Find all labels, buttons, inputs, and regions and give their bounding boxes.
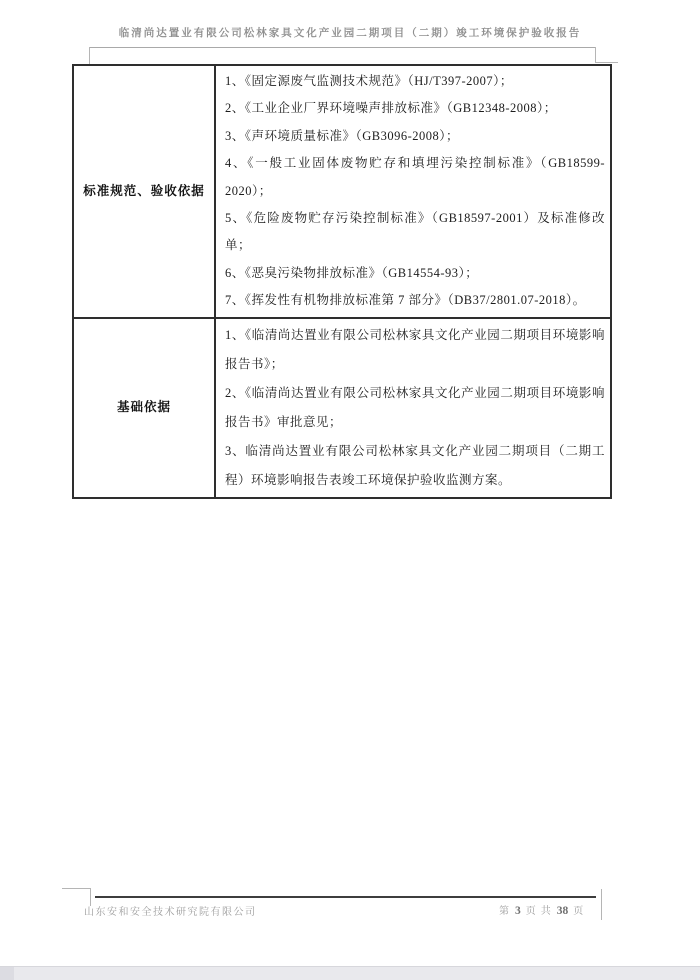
dependencies-table: 标准规范、验收依据 1、《固定源废气监测技术规范》（HJ/T397-2007）；… <box>72 64 612 499</box>
table-row-basis: 基础依据 1、《临清尚达置业有限公司松林家具文化产业园二期项目环境影响报告书》；… <box>73 318 611 498</box>
standards-item-3: 3、《声环境质量标准》（GB3096-2008）； <box>225 123 605 150</box>
footer-company-name: 山东安和安全技术研究院有限公司 <box>84 903 257 918</box>
page-label-total-prefix: 共 <box>541 906 552 917</box>
text-boundary-mark <box>601 889 602 920</box>
standards-item-1: 1、《固定源废气监测技术规范》（HJ/T397-2007）； <box>225 68 605 95</box>
standards-item-5: 5、《危险废物贮存污染控制标准》（GB18597-2001）及标准修改单； <box>225 205 605 260</box>
text-boundary-mark <box>595 47 596 63</box>
page-label-prefix: 第 <box>499 906 510 917</box>
total-page-number: 38 <box>557 905 569 917</box>
text-boundary-mark <box>62 888 91 889</box>
page-label-unit-2: 页 <box>573 906 584 917</box>
row-label-basis: 基础依据 <box>73 318 215 498</box>
row-content-standards: 1、《固定源废气监测技术规范》（HJ/T397-2007）； 2、《工业企业厂界… <box>215 65 611 318</box>
basis-item-1: 1、《临清尚达置业有限公司松林家具文化产业园二期项目环境影响报告书》； <box>225 321 605 379</box>
page-label-unit: 页 <box>526 906 537 917</box>
text-boundary-mark <box>595 62 618 63</box>
standards-item-2: 2、《工业企业厂界环境噪声排放标准》（GB12348-2008）； <box>225 95 605 122</box>
row-label-standards: 标准规范、验收依据 <box>73 65 215 318</box>
standards-item-4: 4、《一般工业固体废物贮存和填埋污染控制标准》（GB18599-2020）； <box>225 150 605 205</box>
standards-item-7: 7、《挥发性有机物排放标准第 7 部分》（DB37/2801.07-2018）。 <box>225 287 605 314</box>
page-header-title: 临清尚达置业有限公司松林家具文化产业园二期项目（二期）竣工环境保护验收报告 <box>40 25 660 40</box>
basis-item-3: 3、临清尚达置业有限公司松林家具文化产业园二期项目（二期工程）环境影响报告表竣工… <box>225 437 605 495</box>
basis-item-2: 2、《临清尚达置业有限公司松林家具文化产业园二期项目环境影响报告书》审批意见； <box>225 379 605 437</box>
document-page: { "header": { "title": "临清尚达置业有限公司松林家具文化… <box>0 0 700 980</box>
page-bottom-edge-corner <box>0 967 14 980</box>
standards-item-6: 6、《恶臭污染物排放标准》（GB14554-93）； <box>225 260 605 287</box>
footer-rule <box>95 896 596 898</box>
footer-page-indicator: 第3页共38页 <box>497 902 586 917</box>
page-bottom-edge <box>0 966 700 980</box>
header-underline <box>90 47 595 48</box>
text-boundary-mark <box>89 47 90 64</box>
row-content-basis: 1、《临清尚达置业有限公司松林家具文化产业园二期项目环境影响报告书》； 2、《临… <box>215 318 611 498</box>
current-page-number: 3 <box>515 905 521 917</box>
table-row-standards: 标准规范、验收依据 1、《固定源废气监测技术规范》（HJ/T397-2007）；… <box>73 65 611 318</box>
